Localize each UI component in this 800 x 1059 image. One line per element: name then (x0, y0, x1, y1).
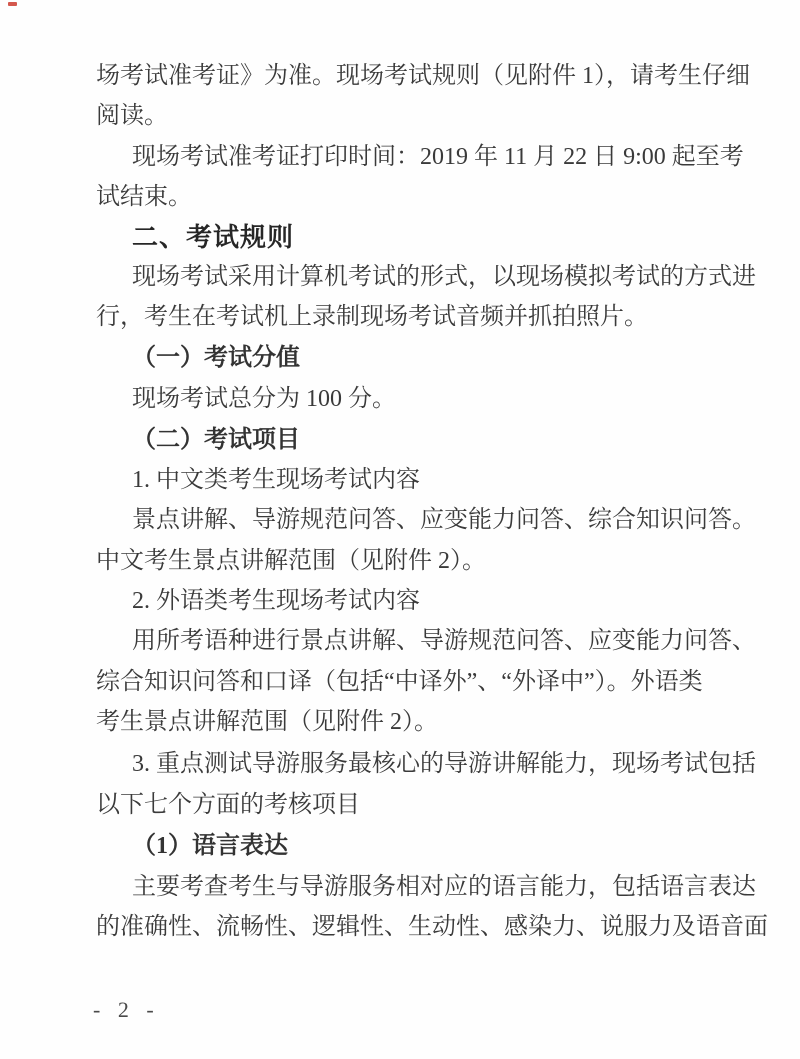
doc-line: 中文考生景点讲解范围（见附件 2）。 (96, 545, 486, 577)
scan-artifact-mark (8, 2, 17, 6)
doc-line: 行，考生在考试机上录制现场考试音频并抓拍照片。 (96, 301, 648, 333)
doc-line: 现场考试采用计算机考试的形式，以现场模拟考试的方式进 (132, 261, 756, 293)
list-item-line: 3. 重点测试导游服务最核心的导游讲解能力，现场考试包括 (132, 748, 756, 780)
doc-line: 综合知识问答和口译（包括“中译外”、“外译中”）。外语类 (96, 666, 703, 698)
doc-line: 现场考试准考证打印时间：2019 年 11 月 22 日 9:00 起至考 (132, 141, 744, 173)
doc-line: 阅读。 (96, 100, 168, 132)
document-page: 场考试准考证》为准。现场考试规则（见附件 1），请考生仔细 阅读。 现场考试准考… (0, 0, 800, 1059)
doc-line: 主要考查考生与导游服务相对应的语言能力，包括语言表达 (132, 871, 756, 903)
list-item-line: 1. 中文类考生现场考试内容 (132, 464, 420, 496)
doc-line: 试结束。 (96, 181, 192, 213)
list-item-line: 2. 外语类考生现场考试内容 (132, 585, 420, 617)
subsection-heading: （一）考试分值 (132, 342, 300, 374)
doc-line: 的准确性、流畅性、逻辑性、生动性、感染力、说服力及语音面 (96, 911, 768, 943)
doc-line: 景点讲解、导游规范问答、应变能力问答、综合知识问答。 (132, 504, 756, 536)
page-number: - 2 - (93, 997, 160, 1023)
doc-line: 以下七个方面的考核项目 (96, 789, 360, 821)
doc-line: 用所考语种进行景点讲解、导游规范问答、应变能力问答、 (132, 625, 756, 657)
doc-line: 现场考试总分为 100 分。 (132, 383, 396, 415)
section-heading: 二、考试规则 (132, 221, 294, 253)
doc-line: 考生景点讲解范围（见附件 2）。 (96, 706, 438, 738)
subsection-heading: （1）语言表达 (132, 830, 288, 862)
subsection-heading: （二）考试项目 (132, 424, 300, 456)
doc-line: 场考试准考证》为准。现场考试规则（见附件 1），请考生仔细 (96, 60, 750, 92)
